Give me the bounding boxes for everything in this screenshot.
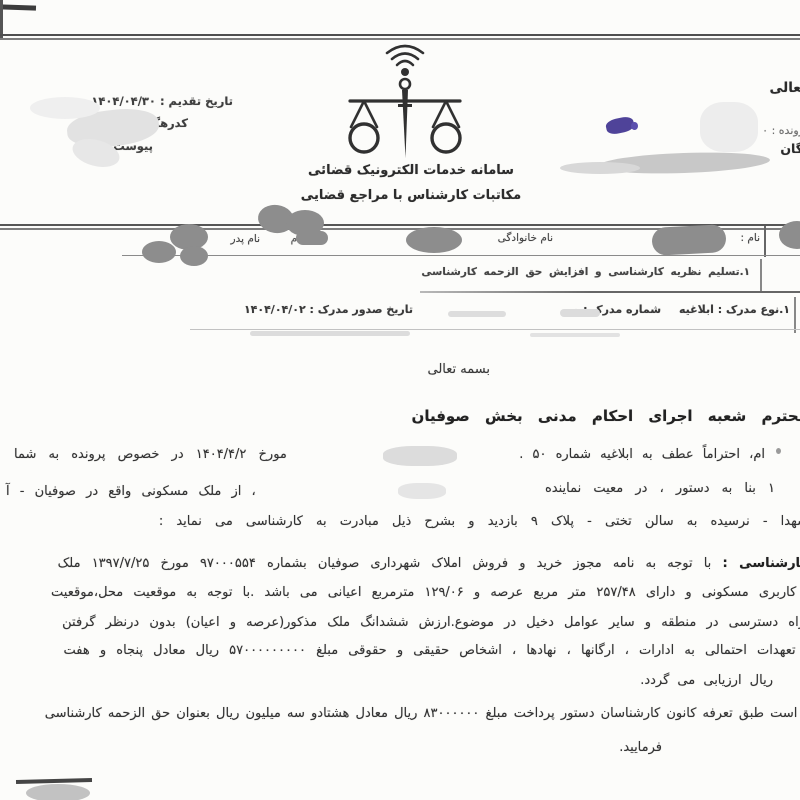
corner-mark [0, 4, 36, 10]
row3-divider-vertical [794, 297, 796, 333]
expert-opinion-lead: کارشناسی : [722, 556, 800, 571]
redaction-blob [180, 246, 208, 266]
row2-bottom-rule [420, 291, 800, 293]
signal-arc-icon [387, 46, 423, 53]
signal-arc-icon [397, 61, 413, 65]
redaction-blob [142, 241, 176, 263]
p2-line5: ریال ارزیابی می گردد. [640, 673, 773, 688]
document-info-line: ۱.نوع مدرک : ابلاغیه شماره مدرک : ۰ [573, 303, 790, 316]
subject-line: ۱.تسلیم نظریه کارشناسی و افزایش حق الزحم… [421, 266, 750, 278]
scale-head [400, 79, 410, 89]
scale-blade [402, 90, 408, 158]
redaction-blob [383, 446, 457, 466]
redaction-blob [560, 309, 600, 317]
scanned-document-page: تاریخ تقدیم : ۱۴۰۴/۰۴/۳۰ کدرهگیری : ۰۸۲ … [0, 0, 800, 800]
redaction-blob [448, 311, 506, 317]
submit-date-label: تاریخ تقدیم : [160, 94, 233, 108]
submit-date-value: ۱۴۰۴/۰۴/۳۰ [91, 94, 156, 108]
redaction-blob-name-value [651, 224, 726, 256]
left-pan [350, 124, 378, 152]
redaction-blob-family-value [406, 227, 462, 253]
stamp-fragment [26, 784, 90, 800]
redaction-blob [398, 483, 446, 499]
redaction-blob [779, 221, 800, 249]
addressee-heading: محترم شعبه اجرای احکام مدنی بخش صوفیان [412, 407, 800, 425]
p1-line2-left: ، از ملک مسکونی واقع در صوفیان - آ [6, 484, 256, 499]
scale-crossguard [398, 104, 412, 107]
row3-bottom-rule [190, 329, 800, 330]
purple-stamp-dot [631, 122, 638, 130]
name-label: نام : [741, 232, 761, 244]
row2-divider-vertical [760, 259, 762, 293]
redaction-blob [700, 102, 758, 152]
redaction-blob [296, 231, 328, 245]
submit-date-line: تاریخ تقدیم : ۱۴۰۴/۰۴/۳۰ [91, 94, 233, 108]
father-name-label: نام پدر [231, 233, 260, 245]
p1-line2-right: ۱ بنا به دستور ، در معیت نماینده [545, 481, 775, 496]
doc-type-label: ۱.نوع مدرک : [718, 303, 790, 316]
p2-line1-text: با توجه به نامه مجوز خرید و فروش املاک ش… [58, 556, 712, 571]
scan-smudge [530, 333, 620, 337]
redaction-blob [30, 97, 100, 119]
issue-date-value: ۱۴۰۴/۰۴/۰۲ [244, 303, 306, 316]
scan-dot [776, 448, 781, 454]
taala-fragment: تعالی [770, 80, 800, 96]
row1-divider-vertical [764, 226, 766, 257]
issue-date-line: تاریخ صدور مدرک : ۱۴۰۴/۰۴/۰۲ [244, 303, 413, 316]
system-title-line2: مکاتبات کارشناس با مراجع قضایی [296, 188, 526, 203]
top-rule-1 [0, 34, 800, 36]
right-pan [432, 124, 460, 152]
system-title-line1: سامانه خدمات الکترونیک قضائی [305, 163, 517, 178]
redaction-blob [560, 162, 640, 174]
p3-line2: فرمایید. [619, 740, 662, 755]
p2-line3: راه دسترسی در منطقه و سایر عوامل دخیل در… [62, 615, 800, 630]
p1-line1-right: ام، احتراماً عطف به ابلاغیه شماره ۵۰ . [519, 447, 765, 462]
scan-smudge [250, 331, 410, 336]
besmeh-taala: بسمه تعالی [428, 362, 490, 377]
family-name-label: نام خانوادگی [498, 232, 553, 244]
p3-line1: ند است طبق تعرفه کانون کارشناسان دستور پ… [45, 706, 800, 721]
signal-arc-icon [392, 54, 418, 60]
issue-date-label: تاریخ صدور مدرک : [310, 303, 413, 316]
p1-line3: شهدا - نرسیده به سالن تختی - پلاک ۹ بازد… [159, 514, 800, 529]
p1-line1-left: مورخ ۱۴۰۴/۴/۲ در خصوص پرونده به شما [14, 447, 287, 462]
row1-bottom-rule [122, 255, 800, 256]
p2-line2: با کاربری مسکونی و دارای ۲۵۷/۴۸ متر مربع… [51, 585, 800, 600]
signal-dot [401, 68, 409, 76]
justice-scales-logo-icon [338, 38, 483, 161]
archive-number-fragment: ایگان [780, 141, 800, 156]
doc-type-value: ابلاغیه [679, 303, 714, 316]
case-number-fragment: رونده : ۰ [762, 124, 800, 137]
p2-line4: و تعهدات احتمالی به ادارات ، ارگانها ، ن… [64, 643, 800, 658]
p2-line1: کارشناسی : با توجه به نامه مجوز خرید و ف… [58, 556, 800, 571]
